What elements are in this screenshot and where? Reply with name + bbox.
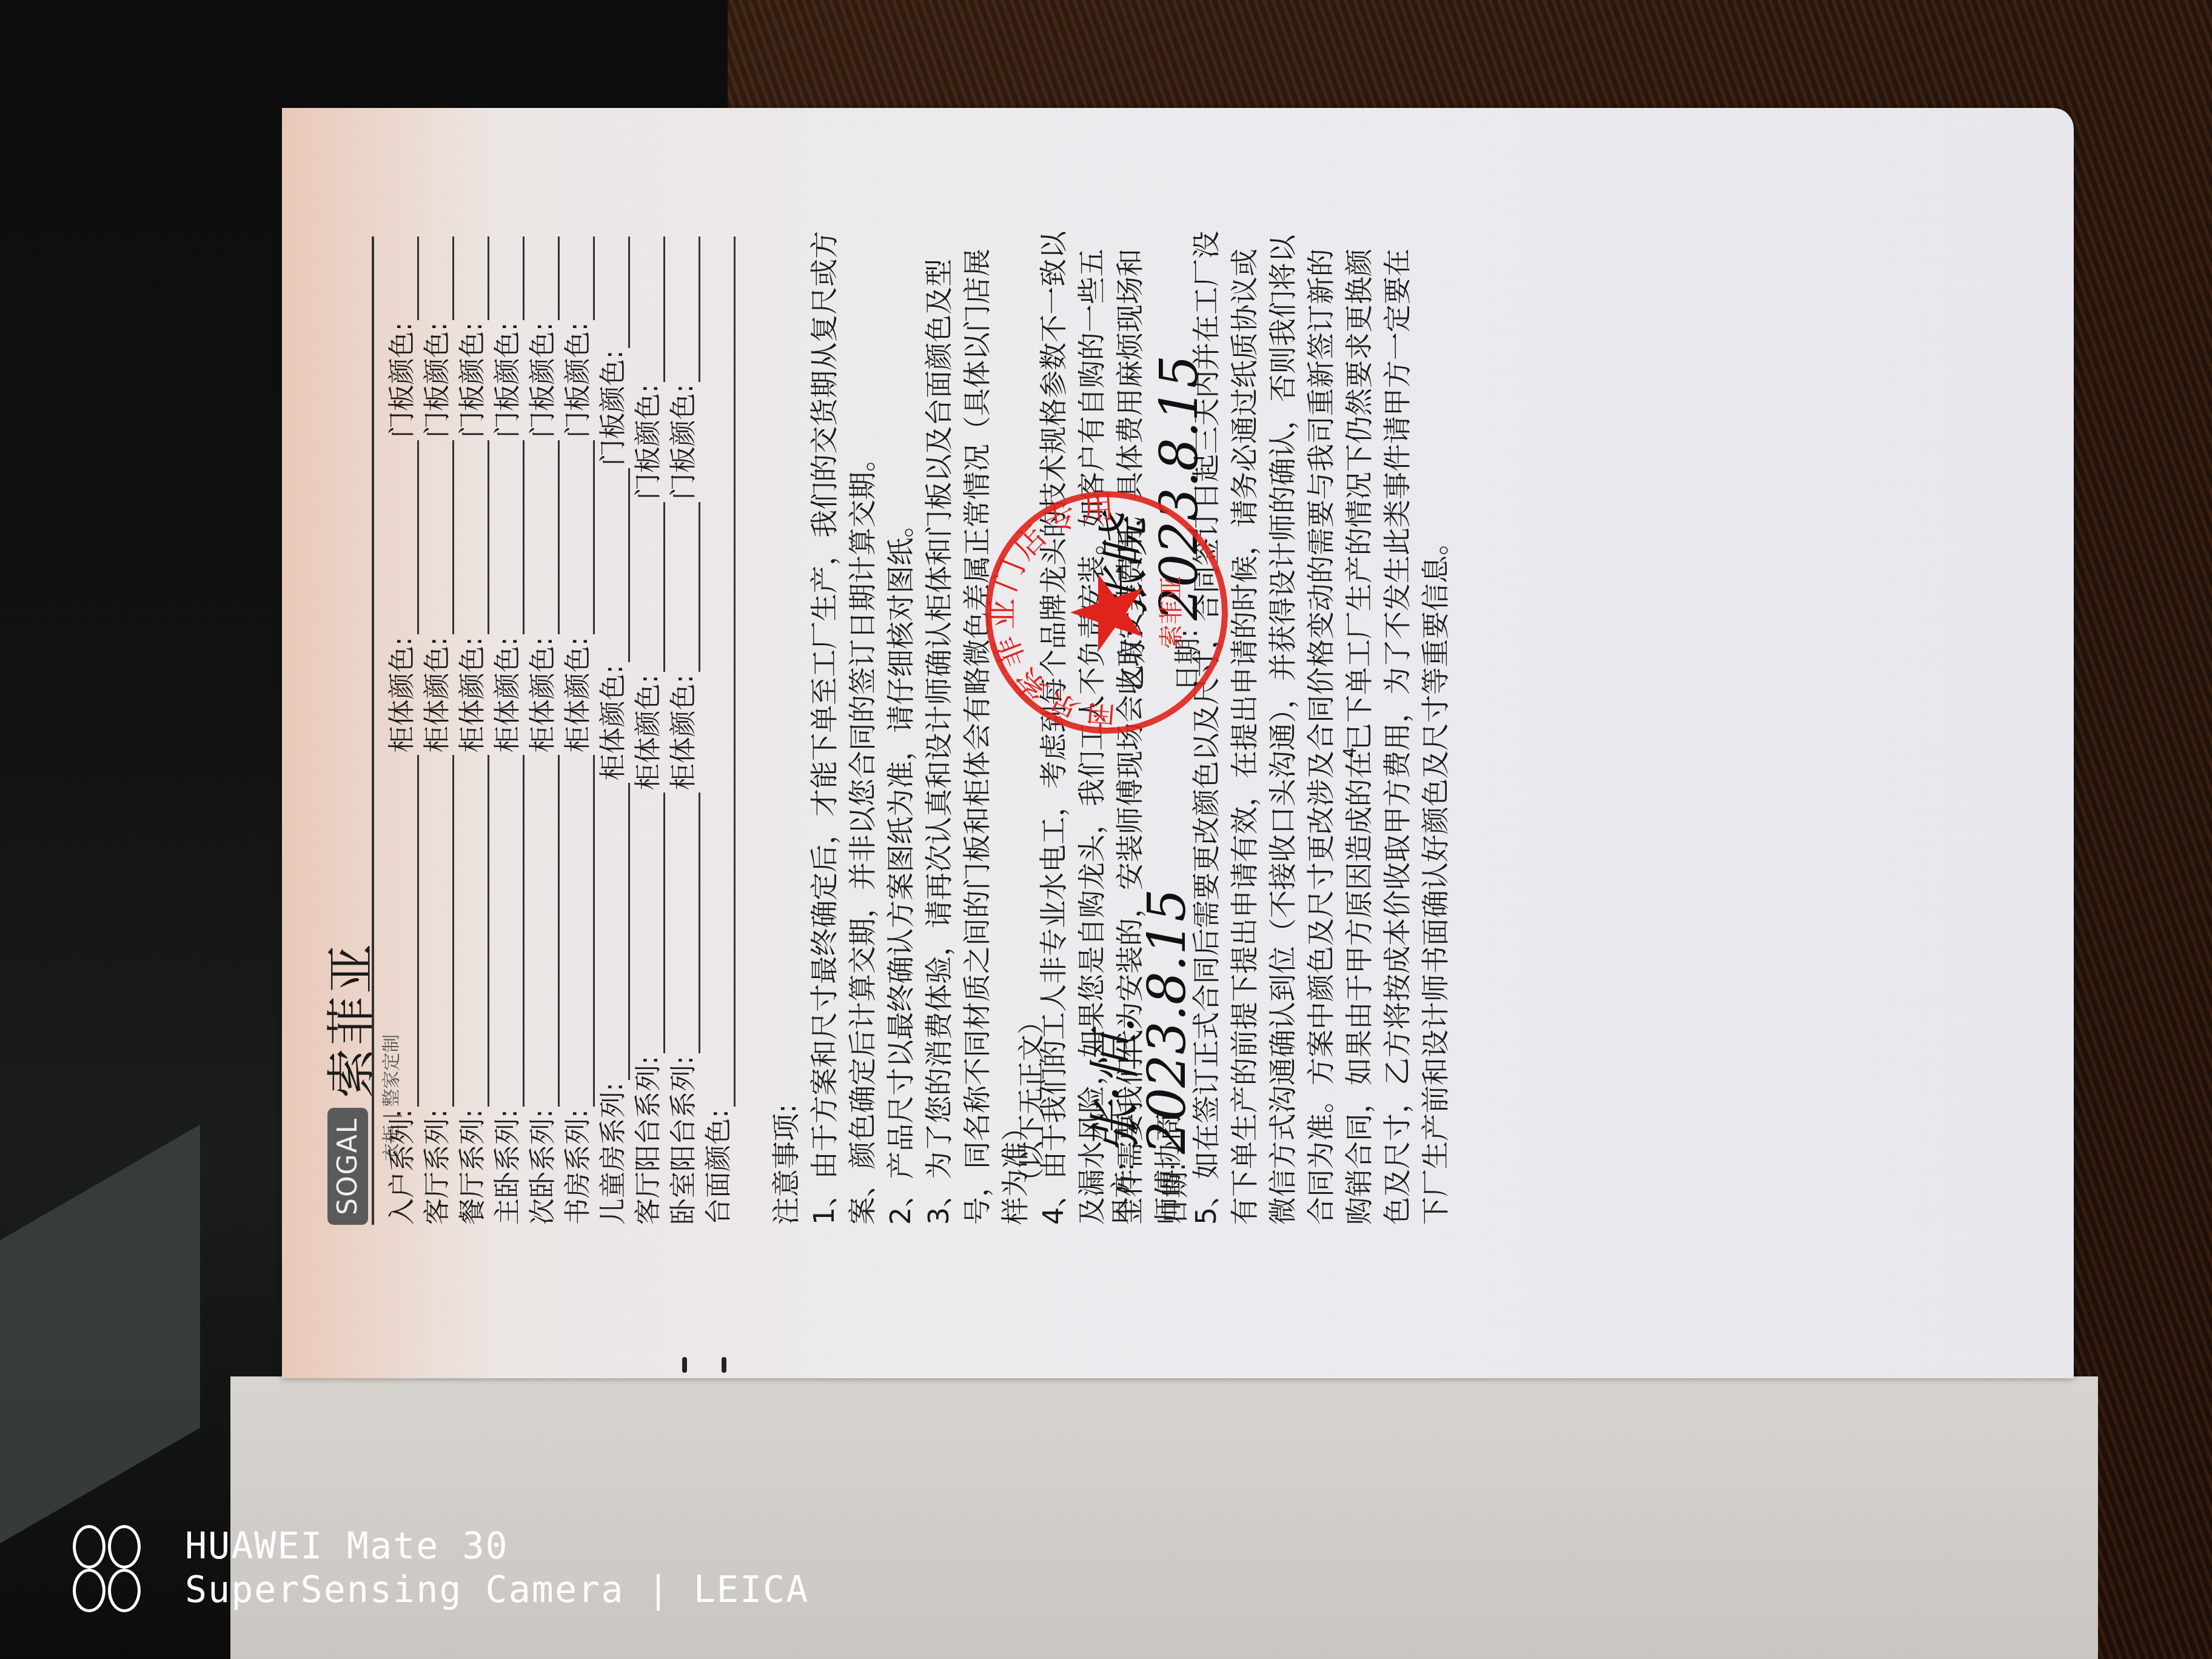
- door-color-label: 门板颜色:: [451, 323, 489, 438]
- cabinet-color-field[interactable]: [393, 440, 419, 634]
- series-field[interactable]: [393, 755, 419, 1107]
- cabinet-color-field[interactable]: [674, 502, 700, 672]
- door-color-field[interactable]: [498, 236, 525, 320]
- form-row: 餐厅系列:柜体颜色:门板颜色:: [454, 236, 489, 1225]
- series-label: 客厅系列:: [415, 1109, 454, 1225]
- series-form: 入户系列:柜体颜色:门板颜色:客厅系列:柜体颜色:门板颜色:餐厅系列:柜体颜色:…: [384, 236, 736, 1225]
- cabinet-color-field[interactable]: [569, 440, 595, 634]
- door-color-field[interactable]: [674, 236, 700, 382]
- page-number: 4: [1340, 747, 1360, 758]
- series-field[interactable]: [569, 755, 595, 1107]
- facing-page: [230, 1376, 2098, 1659]
- series-label: 客厅阳台系列:: [626, 1056, 665, 1225]
- series-field[interactable]: [639, 793, 665, 1053]
- series-label: 卧室阳台系列:: [662, 1056, 700, 1225]
- cabinet-color-label: 柜体颜色:: [451, 637, 489, 752]
- door-color-field[interactable]: [428, 236, 454, 320]
- form-row: 客厅系列:柜体颜色:门板颜色:: [419, 236, 454, 1225]
- note-item: 1、由于方案和尺寸最终确定后，才能下单至工厂生产，我们的交货期从复尺或方案、颜色…: [805, 230, 882, 1225]
- series-field[interactable]: [674, 793, 700, 1053]
- series-label: 入户系列:: [380, 1109, 419, 1225]
- series-field[interactable]: [604, 783, 630, 1080]
- sogal-logo: SOGAL: [327, 1108, 368, 1225]
- camera-tagline: SuperSensing Camera | LEICA: [185, 1569, 809, 1611]
- cabinet-color-field[interactable]: [428, 440, 454, 634]
- countertop-color-field[interactable]: [709, 236, 736, 1107]
- cabinet-color-label: 柜体颜色:: [380, 637, 419, 752]
- form-row: 主卧系列:柜体颜色:门板颜色:: [489, 236, 525, 1225]
- form-row: 卧室阳台系列:柜体颜色:门板颜色:: [665, 236, 700, 1225]
- cabinet-color-field[interactable]: [534, 440, 560, 634]
- header-rule: [372, 236, 374, 1225]
- party-a-date-label: 日期:: [1161, 1162, 1191, 1225]
- door-color-label: 门板颜色:: [556, 323, 595, 438]
- door-color-label: 门板颜色:: [626, 384, 665, 500]
- cabinet-color-field[interactable]: [463, 440, 489, 634]
- series-label: 书房系列:: [556, 1109, 595, 1225]
- form-row: 书房系列:柜体颜色:门板颜色:: [560, 236, 595, 1225]
- door-color-field[interactable]: [393, 236, 419, 320]
- series-label: 儿童房系列:: [591, 1082, 630, 1225]
- form-row: 入户系列:柜体颜色:门板颜色:: [384, 236, 419, 1225]
- camera-lens-icon: [73, 1525, 139, 1604]
- series-field[interactable]: [428, 755, 454, 1107]
- series-field[interactable]: [463, 755, 489, 1107]
- door-color-label: 门板颜色:: [662, 384, 700, 500]
- series-field[interactable]: [534, 755, 560, 1107]
- cabinet-color-field[interactable]: [498, 440, 525, 634]
- door-color-field[interactable]: [534, 236, 560, 320]
- form-row: 儿童房系列:柜体颜色:门板颜色:: [595, 236, 630, 1225]
- door-color-label: 门板颜色:: [415, 323, 454, 438]
- series-label: 主卧系列:: [486, 1109, 525, 1225]
- door-color-field[interactable]: [639, 236, 665, 382]
- door-color-label: 门板颜色:: [380, 323, 419, 438]
- door-color-field[interactable]: [569, 236, 595, 320]
- series-label: 餐厅系列:: [451, 1109, 489, 1225]
- series-field[interactable]: [498, 755, 525, 1107]
- page-content: SOGAL 索菲亚 衣柜 | 整家定制 入户系列:柜体颜色:门板颜色:客厅系列:…: [282, 164, 2040, 1376]
- door-color-field[interactable]: [604, 236, 630, 348]
- door-color-field[interactable]: [463, 236, 489, 320]
- cabinet-color-label: 柜体颜色:: [521, 637, 560, 752]
- cabinet-color-label: 柜体颜色:: [486, 637, 525, 752]
- form-row: 客厅阳台系列:柜体颜色:门板颜色:: [630, 236, 665, 1225]
- party-a-date: 2023.8.15: [1137, 888, 1198, 1154]
- door-color-label: 门板颜色:: [521, 323, 560, 438]
- door-color-label: 门板颜色:: [591, 350, 630, 466]
- note-item: 2、产品尺寸以最终确认方案图纸为准，请仔细核对图纸。: [882, 230, 920, 1225]
- cabinet-color-label: 柜体颜色:: [591, 665, 630, 780]
- cabinet-color-label: 柜体颜色:: [556, 637, 595, 752]
- company-seal-stamp: 南京索菲亚门店专用章 索菲亚: [979, 485, 1234, 740]
- cabinet-color-label: 柜体颜色:: [415, 637, 454, 752]
- cabinet-color-label: 柜体颜色:: [626, 674, 665, 790]
- notes-title: 注意事项:: [767, 230, 805, 1225]
- cabinet-color-label: 柜体颜色:: [662, 674, 700, 790]
- end-of-text-marker: （以下无正文）: [1010, 1008, 1048, 1195]
- party-a-date-line: 日期: 2023.8.15: [1137, 888, 1198, 1225]
- svg-text:索菲亚: 索菲亚: [1158, 576, 1185, 649]
- form-row: 次卧系列:柜体颜色:门板颜色:: [525, 236, 560, 1225]
- party-a-label: 甲方:: [1109, 1162, 1140, 1225]
- series-label: 次卧系列:: [521, 1109, 560, 1225]
- door-color-label: 门板颜色:: [486, 323, 525, 438]
- cabinet-color-field[interactable]: [639, 502, 665, 672]
- camera-model: HUAWEI Mate 30: [185, 1525, 509, 1567]
- form-row: 台面颜色:: [700, 236, 736, 1225]
- series-label: 台面颜色:: [697, 1109, 736, 1225]
